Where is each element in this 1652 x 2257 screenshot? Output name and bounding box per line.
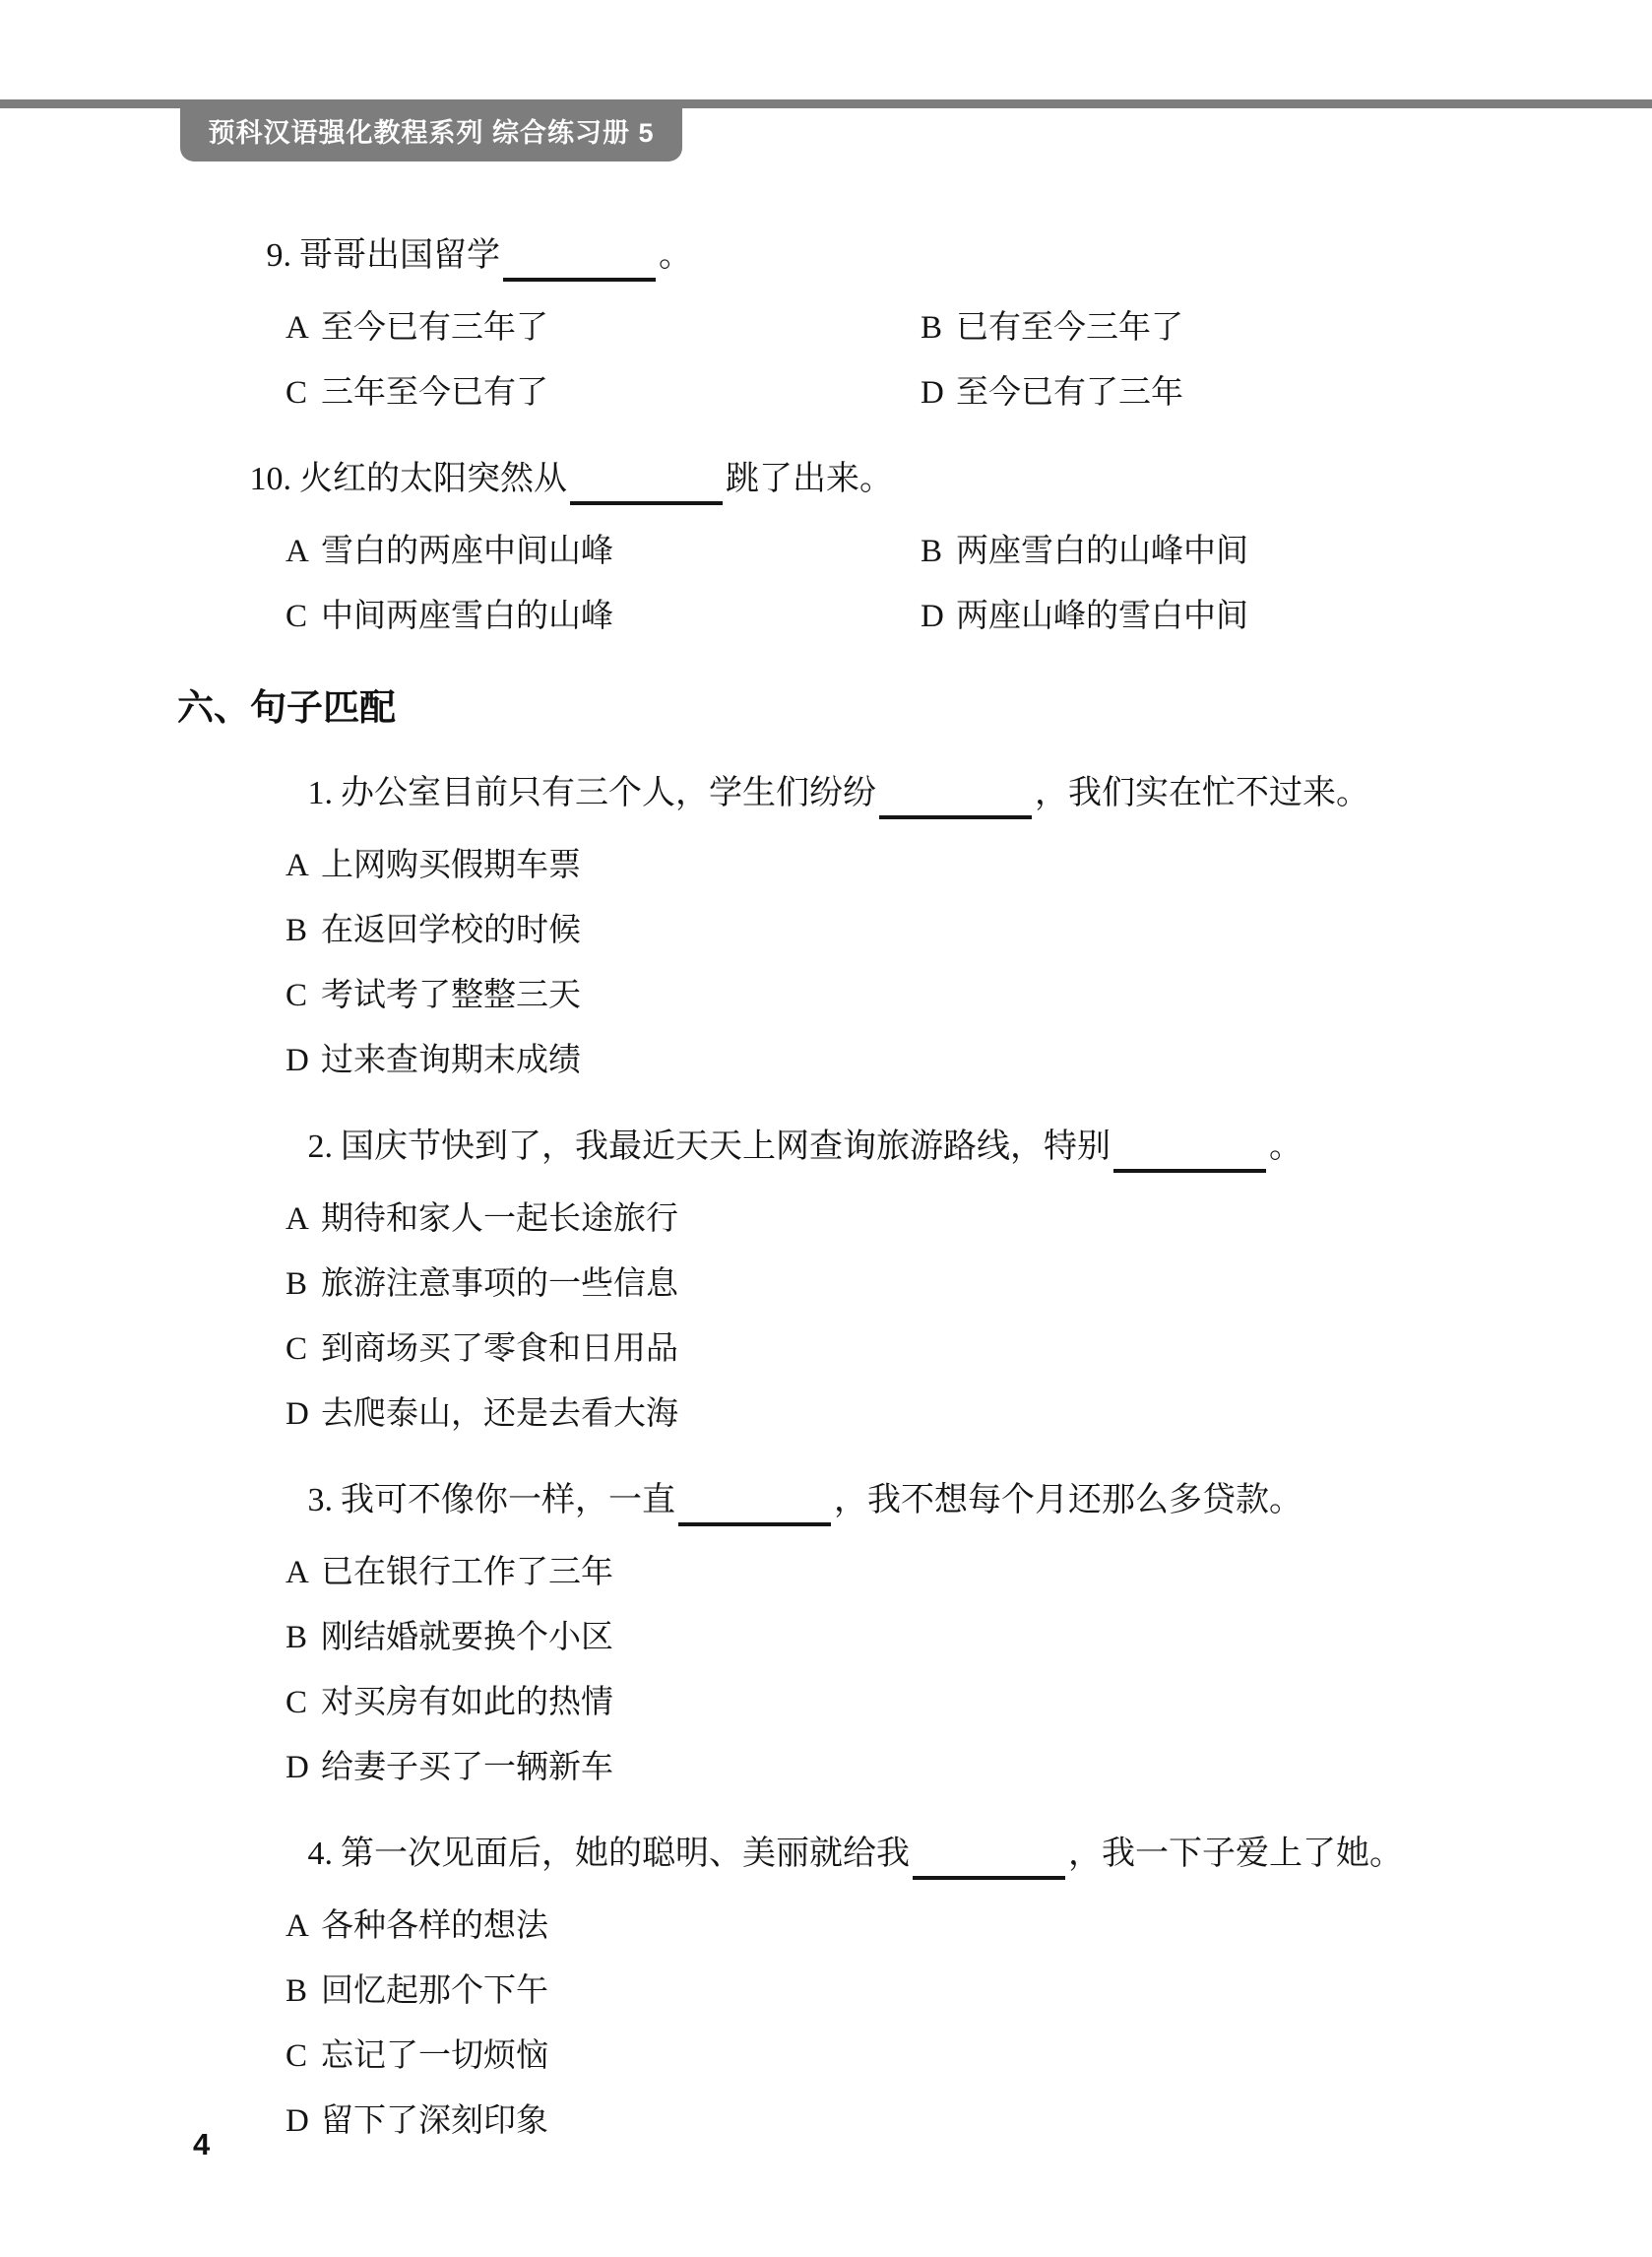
blank-line <box>1113 1161 1266 1173</box>
question-text-pre: 国庆节快到了，我最近天天上网查询旅游路线，特别 <box>341 1128 1111 1165</box>
options-list: A上网购买假期车票 B在返回学校的时候 C考试考了整整三天 D过来查询期末成绩 <box>286 846 1652 1080</box>
page-number: 4 <box>193 2127 210 2162</box>
option-letter: B <box>286 1971 321 2011</box>
option-letter: A <box>286 1553 321 1592</box>
question-stem: 1.办公室目前只有三个人，学生们纷纷，我们实在忙不过来。 <box>303 774 1652 819</box>
option-text: 各种各样的想法 <box>321 1908 548 1944</box>
option-c: C中间两座雪白的山峰 <box>286 597 921 636</box>
option-text: 上网购买假期车票 <box>321 848 581 883</box>
question-number: 9. <box>244 236 291 276</box>
option-c: C忘记了一切烦恼 <box>286 2036 1652 2076</box>
option-letter: A <box>286 532 321 571</box>
blank-line <box>503 270 656 282</box>
question-block-10: 10.火红的太阳突然从跳了出来。 A雪白的两座中间山峰 B两座雪白的山峰中间 C… <box>0 460 1652 636</box>
question-number: 4. <box>303 1835 333 1874</box>
option-letter: D <box>921 597 956 636</box>
option-text: 过来查询期末成绩 <box>321 1043 581 1078</box>
option-c: C到商场买了零食和日用品 <box>286 1329 1652 1369</box>
blank-line <box>570 493 723 505</box>
question-number: 2. <box>303 1128 333 1167</box>
question-text-pre: 我可不像你一样，一直 <box>341 1482 675 1518</box>
option-letter: D <box>921 373 956 413</box>
option-text: 两座山峰的雪白中间 <box>956 599 1248 634</box>
option-letter: A <box>286 1199 321 1239</box>
question-block-4: 4.第一次见面后，她的聪明、美丽就给我，我一下子爱上了她。 A各种各样的想法 B… <box>0 1835 1652 2141</box>
question-stem: 2.国庆节快到了，我最近天天上网查询旅游路线，特别。 <box>303 1128 1652 1173</box>
option-a: A期待和家人一起长途旅行 <box>286 1199 1652 1239</box>
option-letter: C <box>286 976 321 1015</box>
option-text: 旅游注意事项的一些信息 <box>321 1266 678 1302</box>
option-text: 已在银行工作了三年 <box>321 1555 613 1590</box>
options-list: A期待和家人一起长途旅行 B旅游注意事项的一些信息 C到商场买了零食和日用品 D… <box>286 1199 1652 1434</box>
option-text: 留下了深刻印象 <box>321 2103 548 2139</box>
blank-line <box>678 1515 831 1526</box>
option-letter: B <box>286 911 321 950</box>
option-text: 到商场买了零食和日用品 <box>321 1331 678 1367</box>
question-block-1: 1.办公室目前只有三个人，学生们纷纷，我们实在忙不过来。 A上网购买假期车票 B… <box>0 774 1652 1080</box>
option-letter: B <box>921 308 956 348</box>
option-text: 三年至今已有了 <box>321 375 548 411</box>
option-a: A至今已有三年了 <box>286 308 921 348</box>
header-tab: 预科汉语强化教程系列 综合练习册 5 <box>180 99 682 161</box>
option-d: D留下了深刻印象 <box>286 2101 1652 2141</box>
question-text-pre: 哥哥出国留学 <box>299 237 500 274</box>
option-text: 回忆起那个下午 <box>321 1973 548 2009</box>
option-text: 去爬泰山，还是去看大海 <box>321 1396 678 1432</box>
question-stem: 9.哥哥出国留学。 <box>244 236 1652 282</box>
question-stem: 3.我可不像你一样，一直，我不想每个月还那么多贷款。 <box>303 1481 1652 1526</box>
option-text: 期待和家人一起长途旅行 <box>321 1201 678 1237</box>
header-title: 预科汉语强化教程系列 综合练习册 5 <box>208 111 654 150</box>
option-letter: B <box>286 1618 321 1657</box>
option-text: 在返回学校的时候 <box>321 913 581 948</box>
question-number: 10. <box>244 460 291 499</box>
question-text-post: 跳了出来。 <box>726 461 893 497</box>
option-c: C对买房有如此的热情 <box>286 1683 1652 1722</box>
question-text-post: ，我不想每个月还那么多贷款。 <box>834 1482 1303 1518</box>
options-list: A已在银行工作了三年 B刚结婚就要换个小区 C对买房有如此的热情 D给妻子买了一… <box>286 1553 1652 1787</box>
option-b: B两座雪白的山峰中间 <box>921 532 1652 571</box>
option-letter: C <box>286 1329 321 1369</box>
option-d: D至今已有了三年 <box>921 373 1652 413</box>
option-text: 中间两座雪白的山峰 <box>321 599 613 634</box>
option-letter: C <box>286 2036 321 2076</box>
option-text: 两座雪白的山峰中间 <box>956 534 1248 569</box>
option-b: B回忆起那个下午 <box>286 1971 1652 2011</box>
option-text: 考试考了整整三天 <box>321 978 581 1013</box>
option-a: A雪白的两座中间山峰 <box>286 532 921 571</box>
option-text: 已有至今三年了 <box>956 310 1183 346</box>
question-text-pre: 火红的太阳突然从 <box>299 461 567 497</box>
question-stem: 10.火红的太阳突然从跳了出来。 <box>244 460 1652 505</box>
option-c: C三年至今已有了 <box>286 373 921 413</box>
option-letter: C <box>286 1683 321 1722</box>
option-text: 对买房有如此的热情 <box>321 1685 613 1720</box>
option-d: D过来查询期末成绩 <box>286 1041 1652 1080</box>
option-text: 至今已有三年了 <box>321 310 548 346</box>
question-stem: 4.第一次见面后，她的聪明、美丽就给我，我一下子爱上了她。 <box>303 1835 1652 1880</box>
option-c: C考试考了整整三天 <box>286 976 1652 1015</box>
option-text: 忘记了一切烦恼 <box>321 2038 548 2074</box>
option-b: B在返回学校的时候 <box>286 911 1652 950</box>
exercise-content: 9.哥哥出国留学。 A至今已有三年了 B已有至今三年了 C三年至今已有了 D至今… <box>0 236 1652 2141</box>
option-letter: B <box>921 532 956 571</box>
question-number: 3. <box>303 1481 333 1520</box>
option-letter: D <box>286 2101 321 2141</box>
option-a: A上网购买假期车票 <box>286 846 1652 885</box>
option-letter: A <box>286 846 321 885</box>
option-a: A已在银行工作了三年 <box>286 1553 1652 1592</box>
options-grid: A至今已有三年了 B已有至今三年了 C三年至今已有了 D至今已有了三年 <box>286 308 1652 413</box>
option-d: D去爬泰山，还是去看大海 <box>286 1394 1652 1434</box>
workbook-page: 预科汉语强化教程系列 综合练习册 5 9.哥哥出国留学。 A至今已有三年了 B已… <box>0 0 1652 2257</box>
option-text: 雪白的两座中间山峰 <box>321 534 613 569</box>
option-text: 刚结婚就要换个小区 <box>321 1620 613 1655</box>
option-d: D两座山峰的雪白中间 <box>921 597 1652 636</box>
question-text-post: 。 <box>1269 1128 1303 1165</box>
option-letter: B <box>286 1264 321 1304</box>
option-text: 至今已有了三年 <box>956 375 1183 411</box>
option-b: B刚结婚就要换个小区 <box>286 1618 1652 1657</box>
question-block-9: 9.哥哥出国留学。 A至今已有三年了 B已有至今三年了 C三年至今已有了 D至今… <box>0 236 1652 413</box>
question-text-pre: 第一次见面后，她的聪明、美丽就给我 <box>341 1836 910 1872</box>
question-block-2: 2.国庆节快到了，我最近天天上网查询旅游路线，特别。 A期待和家人一起长途旅行 … <box>0 1128 1652 1434</box>
option-b: B已有至今三年了 <box>921 308 1652 348</box>
option-text: 给妻子买了一辆新车 <box>321 1750 613 1785</box>
option-letter: D <box>286 1041 321 1080</box>
option-letter: A <box>286 1906 321 1946</box>
option-letter: D <box>286 1394 321 1434</box>
option-letter: C <box>286 597 321 636</box>
question-number: 1. <box>303 774 333 813</box>
section-title: 六、句子匹配 <box>177 687 1652 729</box>
question-text-pre: 办公室目前只有三个人，学生们纷纷 <box>341 775 876 811</box>
blank-line <box>913 1868 1065 1880</box>
question-text-post: 。 <box>659 237 692 274</box>
options-grid: A雪白的两座中间山峰 B两座雪白的山峰中间 C中间两座雪白的山峰 D两座山峰的雪… <box>286 532 1652 636</box>
option-b: B旅游注意事项的一些信息 <box>286 1264 1652 1304</box>
question-text-post: ，我们实在忙不过来。 <box>1035 775 1369 811</box>
option-letter: A <box>286 308 321 348</box>
options-list: A各种各样的想法 B回忆起那个下午 C忘记了一切烦恼 D留下了深刻印象 <box>286 1906 1652 2141</box>
blank-line <box>879 807 1032 819</box>
option-d: D给妻子买了一辆新车 <box>286 1748 1652 1787</box>
option-letter: C <box>286 373 321 413</box>
question-block-3: 3.我可不像你一样，一直，我不想每个月还那么多贷款。 A已在银行工作了三年 B刚… <box>0 1481 1652 1787</box>
question-text-post: ，我一下子爱上了她。 <box>1068 1836 1403 1872</box>
option-a: A各种各样的想法 <box>286 1906 1652 1946</box>
option-letter: D <box>286 1748 321 1787</box>
